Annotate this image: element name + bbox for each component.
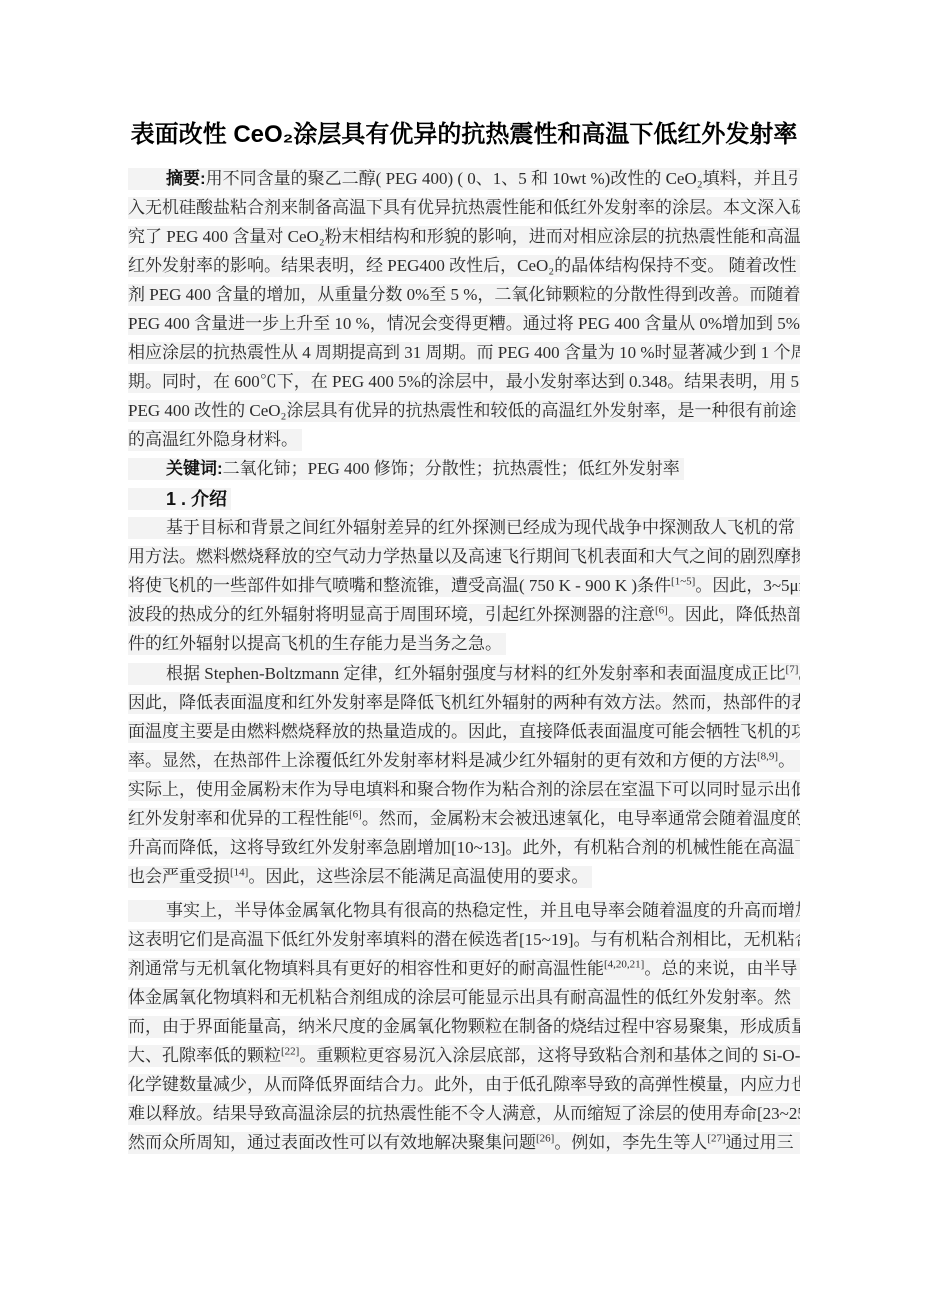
intro-paragraph-2: 根据 Stephen-Boltzmann 定律，红外辐射强度与材料的红外发射率和… [128, 663, 800, 888]
text-line: 红外发射率和优异的工程性能[6]。然而，金属粉末会被迅速氧化，电导率通常会随着温… [128, 808, 800, 830]
intro-paragraph-1: 基于目标和背景之间红外辐射差异的红外探测已经成为现代战争中探测敌人飞机的常用方法… [128, 517, 800, 655]
text-line: 剂 PEG 400 含量的增加，从重量分数 0%至 5 %，二氧化铈颗粒的分散性… [128, 284, 800, 306]
text-line: 用方法。燃料燃烧释放的空气动力学热量以及高速飞行期间飞机表面和大气之间的剧烈摩擦 [128, 546, 800, 568]
text-line: 入无机硅酸盐粘合剂来制备高温下具有优异抗热震性能和低红外发射率的涂层。本文深入研 [128, 197, 800, 219]
text-line: 摘要:用不同含量的聚乙二醇( PEG 400) ( 0、1、5 和 10wt %… [128, 168, 800, 190]
text-line: 期。同时，在 600℃下，在 PEG 400 5%的涂层中，最小发射率达到 0.… [128, 371, 800, 393]
text-line: 红外发射率的影响。结果表明，经 PEG400 改性后，CeO₂的晶体结构保持不变… [128, 255, 800, 277]
text-line: 件的红外辐射以提高飞机的生存能力是当务之急。 [128, 633, 506, 655]
text-line: 事实上，半导体金属氧化物具有很高的热稳定性，并且电导率会随着温度的升高而增加， [128, 900, 800, 922]
keywords-line: 关键词:二氧化铈；PEG 400 修饰；分散性；抗热震性；低红外发射率 [128, 458, 800, 480]
text-line: 根据 Stephen-Boltzmann 定律，红外辐射强度与材料的红外发射率和… [128, 663, 800, 685]
text-line: 体金属氧化物填料和无机粘合剂组成的涂层可能显示出具有耐高温性的低红外发射率。然 [128, 987, 800, 1009]
text-line: 因此，降低表面温度和红外发射率是降低飞机红外辐射的两种有效方法。然而，热部件的表 [128, 692, 800, 714]
text-column: 表面改性 CeO₂涂层具有优异的抗热震性和高温下低红外发射率 摘要:用不同含量的… [128, 118, 800, 1161]
text-line: 升高而降低，这将导致红外发射率急剧增加[10~13]。此外，有机粘合剂的机械性能… [128, 837, 800, 859]
paper-title: 表面改性 CeO₂涂层具有优异的抗热震性和高温下低红外发射率 [128, 118, 800, 152]
text-line: 化学键数量减少，从而降低界面结合力。此外，由于低孔隙率导致的高弹性模量，内应力也 [128, 1074, 800, 1096]
document-page: 表面改性 CeO₂涂层具有优异的抗热震性和高温下低红外发射率 摘要:用不同含量的… [0, 0, 926, 1309]
text-line: 波段的热成分的红外辐射将明显高于周围环境，引起红外探测器的注意[6]。因此，降低… [128, 604, 800, 626]
text-line: 而，由于界面能量高，纳米尺度的金属氧化物颗粒在制备的烧结过程中容易聚集，形成质量 [128, 1016, 800, 1038]
text-line: 这表明它们是高温下低红外发射率填料的潜在候选者[15~19]。与有机粘合剂相比，… [128, 929, 800, 951]
text-line: 关键词:二氧化铈；PEG 400 修饰；分散性；抗热震性；低红外发射率 [128, 458, 684, 480]
text-line: 难以释放。结果导致高温涂层的抗热震性能不令人满意，从而缩短了涂层的使用寿命[23… [128, 1103, 800, 1125]
text-line: 究了 PEG 400 含量对 CeO₂粉末相结构和形貌的影响，进而对相应涂层的抗… [128, 226, 800, 248]
text-line: 大、孔隙率低的颗粒[22]。重颗粒更容易沉入涂层底部，这将导致粘合剂和基体之间的… [128, 1045, 800, 1067]
text-line: 面温度主要是由燃料燃烧释放的热量造成的。因此，直接降低表面温度可能会牺牲飞机的功 [128, 721, 800, 743]
text-line: 的高温红外隐身材料。 [128, 429, 302, 451]
text-line: 将使飞机的一些部件如排气喷嘴和整流锥，遭受高温( 750 K - 900 K )… [128, 575, 800, 597]
text-line: PEG 400 改性的 CeO₂涂层具有优异的抗热震性和较低的高温红外发射率，是… [128, 400, 800, 422]
text-line: 也会严重受损[14]。因此，这些涂层不能满足高温使用的要求。 [128, 866, 592, 888]
text-line: 然而众所周知，通过表面改性可以有效地解决聚集问题[26]。例如，李先生等人[27… [128, 1132, 800, 1154]
text-line: 基于目标和背景之间红外辐射差异的红外探测已经成为现代战争中探测敌人飞机的常 [128, 517, 800, 539]
intro-paragraph-3: 事实上，半导体金属氧化物具有很高的热稳定性，并且电导率会随着温度的升高而增加，这… [128, 900, 800, 1154]
text-line: 剂通常与无机氧化物填料具有更好的相容性和更好的耐高温性能[4,20,21]。总的… [128, 958, 800, 980]
section-1-heading: 1 . 介绍 [128, 488, 800, 510]
text-line: 1 . 介绍 [128, 488, 231, 510]
text-line: 实际上，使用金属粉末作为导电填料和聚合物作为粘合剂的涂层在室温下可以同时显示出低 [128, 779, 800, 801]
abstract-paragraph: 摘要:用不同含量的聚乙二醇( PEG 400) ( 0、1、5 和 10wt %… [128, 168, 800, 451]
text-line: 相应涂层的抗热震性从 4 周期提高到 31 周期。而 PEG 400 含量为 1… [128, 342, 800, 364]
text-line: 率。显然，在热部件上涂覆低红外发射率材料是减少红外辐射的更有效和方便的方法[8,… [128, 750, 800, 772]
text-line: PEG 400 含量进一步上升至 10 %，情况会变得更糟。通过将 PEG 40… [128, 313, 800, 335]
